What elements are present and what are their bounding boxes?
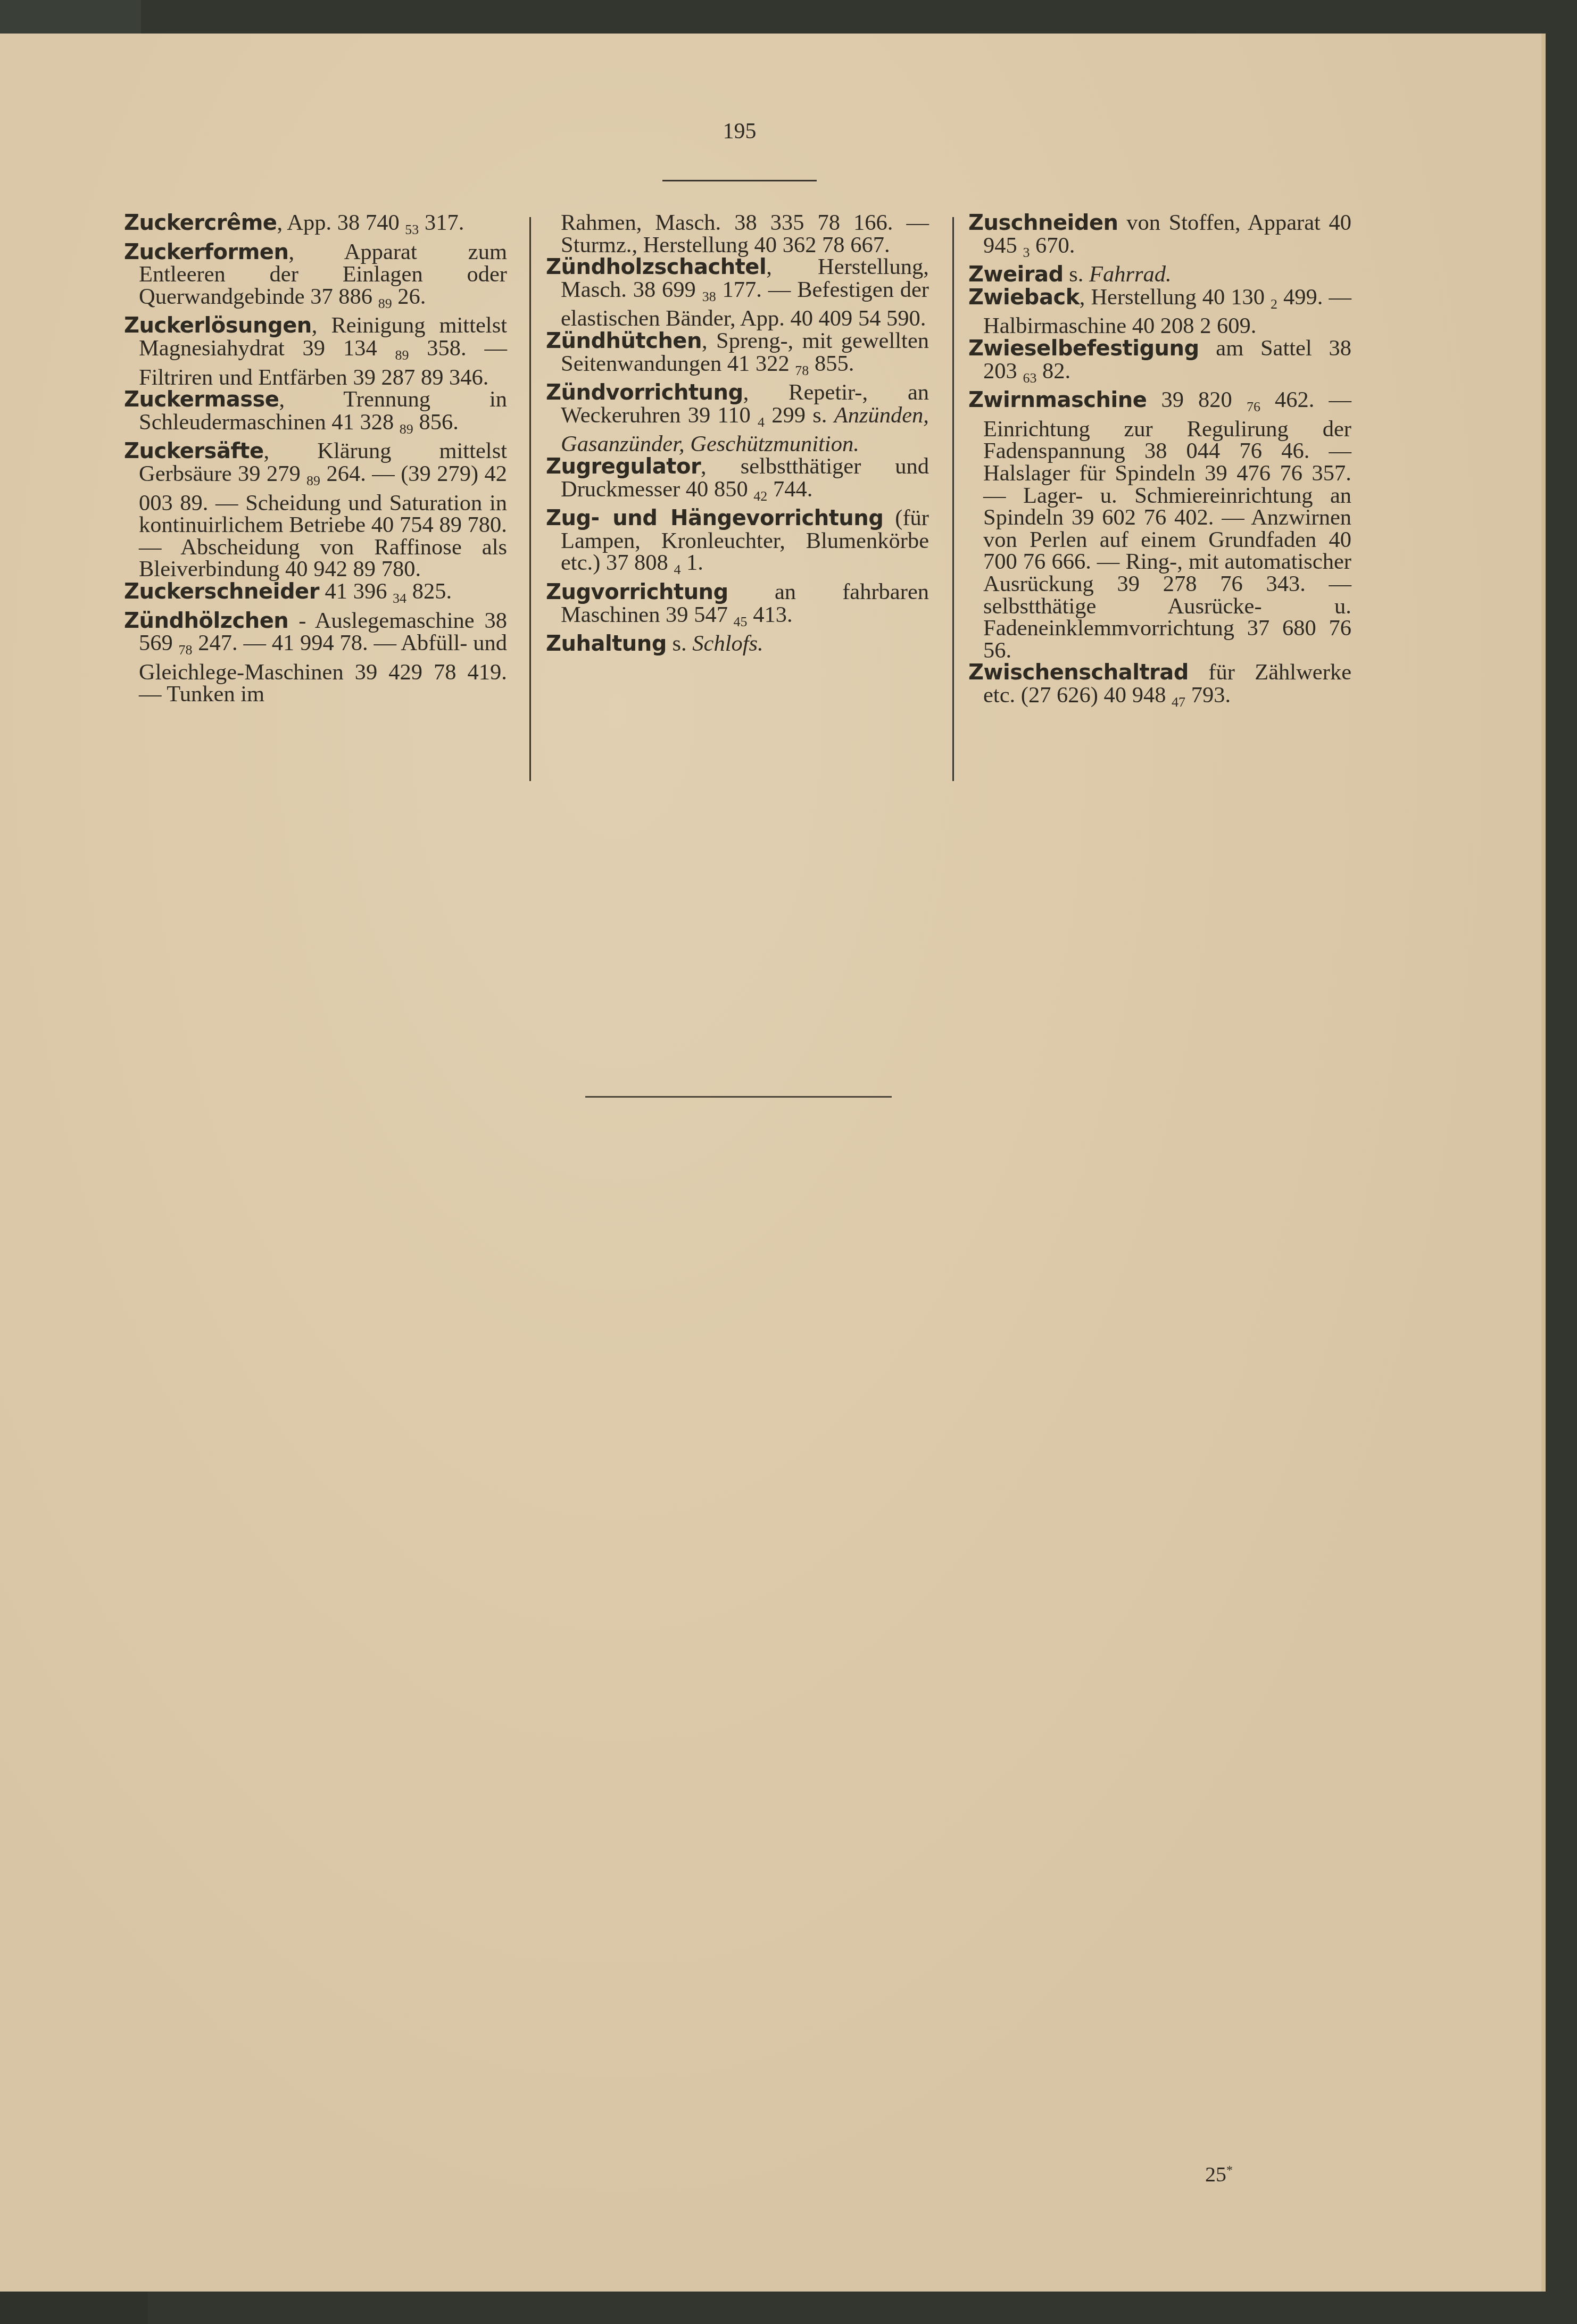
book-binding-top: [0, 0, 141, 34]
book-page: 195 Zuckercrême, App. 38 740 53 317. Zuc…: [0, 34, 1546, 2292]
entry-page: 82.: [1036, 359, 1070, 384]
entry-keyword: Zwieback: [968, 285, 1080, 310]
entry-keyword: Zuckerschneider: [124, 579, 319, 604]
entry-page: 26.: [392, 284, 426, 309]
index-entry: Zug- und Hängevorrichtung (für Lampen, K…: [546, 507, 929, 581]
class-number: 89: [395, 347, 409, 363]
index-entry: Zwischenschaltrad für Zählwerke etc. (27…: [968, 661, 1351, 713]
index-entry: Zuckerschneider 41 396 34 825.: [124, 580, 507, 610]
entry-keyword: Zündholzschachtel: [546, 255, 766, 279]
page-number: 195: [665, 119, 814, 144]
cross-reference: Schlofs.: [692, 631, 763, 656]
class-number: 78: [179, 642, 193, 658]
entry-page: 299 s.: [765, 403, 834, 428]
entry-keyword: Zündvorrichtung: [546, 380, 743, 405]
entry-keyword: Zugvorrichtung: [546, 580, 728, 604]
class-number: 45: [734, 614, 748, 629]
class-number: 38: [702, 289, 716, 304]
entry-text: 41 396: [319, 579, 393, 604]
class-number: 2: [1271, 296, 1277, 312]
index-entry: Zuckercrême, App. 38 740 53 317.: [124, 212, 507, 241]
entry-keyword: Zwieselbefestigung: [968, 336, 1199, 361]
signature-number: 25: [1205, 2162, 1226, 2186]
class-number: 89: [400, 421, 413, 437]
entry-keyword: Zugregulator: [546, 454, 701, 479]
entry-text: , App. 38 740: [277, 210, 405, 235]
entry-keyword: Zuckerformen: [124, 240, 288, 264]
index-entry: Zwieselbefestigung am Sattel 38 203 63 8…: [968, 337, 1351, 389]
entry-page: 317.: [419, 210, 464, 235]
entry-keyword: Zuckersäfte: [124, 439, 264, 463]
entry-keyword: Zuckercrême: [124, 211, 277, 235]
index-entry: Zweirad s. Fahrrad.: [968, 263, 1351, 286]
column-divider: [529, 217, 531, 781]
entry-keyword: Zug- und Hängevorrichtung: [546, 506, 883, 530]
class-number: 42: [753, 488, 767, 504]
entry-page: 413.: [748, 602, 793, 627]
entry-text: , Herstellung 40 130: [1080, 285, 1271, 310]
class-number: 4: [674, 562, 680, 577]
section-end-rule: [585, 1096, 892, 1098]
entry-keyword: Zwischenschaltrad: [968, 660, 1189, 685]
class-number: 47: [1172, 694, 1185, 710]
column-divider: [952, 217, 954, 781]
index-column-2: Rahmen, Masch. 38 335 78 166. — Sturmz.,…: [546, 212, 929, 655]
class-number: 53: [405, 222, 419, 237]
signature-asterisk: *: [1226, 2163, 1233, 2177]
entry-page: 1.: [680, 550, 703, 575]
index-entry: Zündhütchen, Spreng-, mit gewellten Seit…: [546, 330, 929, 381]
class-number: 4: [758, 414, 765, 430]
entry-keyword: Zuckerlösungen: [124, 313, 312, 338]
entry-keyword: Zuckermasse: [124, 387, 279, 412]
entry-page: 856.: [413, 410, 459, 435]
entry-keyword: Zuhaltung: [546, 632, 667, 656]
entry-keyword: Zündhütchen: [546, 329, 702, 353]
index-entry: Zuckersäfte, Klärung mittelst Gerbsäure …: [124, 440, 507, 580]
class-number: 89: [378, 296, 392, 311]
index-entry: Zuhaltung s. Schlofs.: [546, 633, 929, 655]
class-number: 63: [1023, 370, 1036, 386]
entry-keyword: Zuschneiden: [968, 211, 1118, 235]
entry-page: 247. — 41 994 78. — Abfüll- und Gleichle…: [139, 630, 507, 707]
entry-page: 825.: [406, 579, 452, 604]
header-rule: [662, 180, 817, 181]
book-binding-bottom: [0, 2291, 148, 2324]
entry-text: s.: [667, 631, 692, 656]
entry-keyword: Zweirad: [968, 262, 1064, 287]
class-number: 34: [393, 591, 406, 606]
cross-reference: Fahrrad.: [1089, 262, 1172, 287]
index-entry: Zündhölzchen - Auslegemaschine 38 569 78…: [124, 610, 507, 705]
class-number: 89: [306, 473, 320, 488]
entry-page: 670.: [1030, 233, 1075, 258]
class-number: 76: [1247, 399, 1260, 414]
index-entry: Zwirnmaschine 39 820 76 462. — Einrichtu…: [968, 389, 1351, 661]
index-entry: Zuckerlösungen, Reinigung mittelst Magne…: [124, 314, 507, 388]
index-entry: Zugregulator, selbstthätiger und Druckme…: [546, 455, 929, 507]
entry-text: 39 820: [1147, 387, 1247, 412]
index-entry: Zündvorrichtung, Repetir-, an Weckeruhre…: [546, 381, 929, 455]
entry-page: 793.: [1185, 683, 1231, 708]
entry-page: 462. — Einrichtung zur Regulirung der Fa…: [983, 387, 1351, 663]
entry-page: 855.: [809, 351, 854, 376]
signature-mark: 25*: [1205, 2162, 1233, 2187]
index-column-3: Zuschneiden von Stoffen, Apparat 40 945 …: [968, 212, 1351, 713]
entry-page: 744.: [767, 477, 812, 502]
index-entry: Zündholzschachtel, Herstellung, Masch. 3…: [546, 256, 929, 330]
entry-keyword: Zündhölzchen: [124, 609, 288, 633]
index-entry: Zuckerformen, Apparat zum Entleeren der …: [124, 241, 507, 315]
entry-keyword: Zwirnmaschine: [968, 388, 1147, 412]
entry-text: s.: [1064, 262, 1089, 287]
index-entry-continuation: Rahmen, Masch. 38 335 78 166. — Sturmz.,…: [546, 212, 929, 256]
class-number: 78: [795, 363, 809, 378]
index-entry: Zuckermasse, Trennung in Schleudermaschi…: [124, 388, 507, 440]
index-entry: Zwieback, Herstellung 40 130 2 499. — Ha…: [968, 286, 1351, 337]
index-column-1: Zuckercrême, App. 38 740 53 317. Zuckerf…: [124, 212, 507, 705]
class-number: 3: [1023, 245, 1030, 260]
index-entry: Zugvorrichtung an fahrbaren Maschinen 39…: [546, 581, 929, 633]
index-entry: Zuschneiden von Stoffen, Apparat 40 945 …: [968, 212, 1351, 263]
